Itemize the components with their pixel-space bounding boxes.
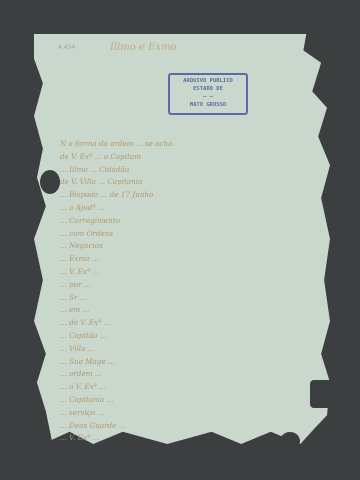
text-line: ... a Ajudª ... — [60, 202, 310, 215]
text-line: ... com Ordens — [60, 228, 310, 241]
text-line: ... de V. Exª ... — [60, 317, 310, 330]
text-line: N a forma da ordem ... se acha — [60, 138, 310, 151]
text-line: ... por ... — [60, 279, 310, 292]
text-line: ... Villa ... — [60, 343, 310, 356]
paper-damage — [310, 380, 332, 408]
stamp-line: — — — [170, 93, 246, 101]
manuscript-body: N a forma da ordem ... se acha de V. Exª… — [60, 138, 310, 445]
text-line: ... Bispado ... de 17 Junho — [60, 189, 310, 202]
heading-text: Illmo e Exmo — [110, 42, 177, 53]
text-line: ... a V. Exª ... — [60, 381, 310, 394]
archive-stamp: ARQUIVO PUBLICO ESTADO DE — — MATO GROSS… — [168, 73, 248, 115]
stamp-line: MATO GROSSO — [170, 101, 246, 109]
text-line: ... Corregimento — [60, 215, 310, 228]
text-line: de V. Villa ... Capitania — [60, 176, 310, 189]
text-line: ... em ... — [60, 304, 310, 317]
text-line: ... V. Exª ... — [60, 266, 310, 279]
text-line: ... Capitão ... — [60, 330, 310, 343]
text-line: ... serviço ... — [60, 407, 310, 420]
text-line: ... Sr ... — [60, 292, 310, 305]
text-line: ... Deos Guarde ... — [60, 420, 310, 433]
text-line: de V. Exª ... o Capitam — [60, 151, 310, 164]
text-line: ... Capitania ... — [60, 394, 310, 407]
stamp-line: ESTADO DE — [170, 85, 246, 93]
text-line: ... Negocios — [60, 240, 310, 253]
text-line: ... Exmo ... — [60, 253, 310, 266]
stamp-line: ARQUIVO PUBLICO — [170, 77, 246, 85]
text-line: ... ordem ... — [60, 368, 310, 381]
text-line: ... Illmo ... Cidadão — [60, 164, 310, 177]
text-line: ... Sua Mage ... — [60, 356, 310, 369]
text-line: ... V. Exª ... — [60, 432, 310, 445]
catalog-mark: 4.434 — [58, 44, 75, 51]
paper-damage — [40, 170, 60, 194]
